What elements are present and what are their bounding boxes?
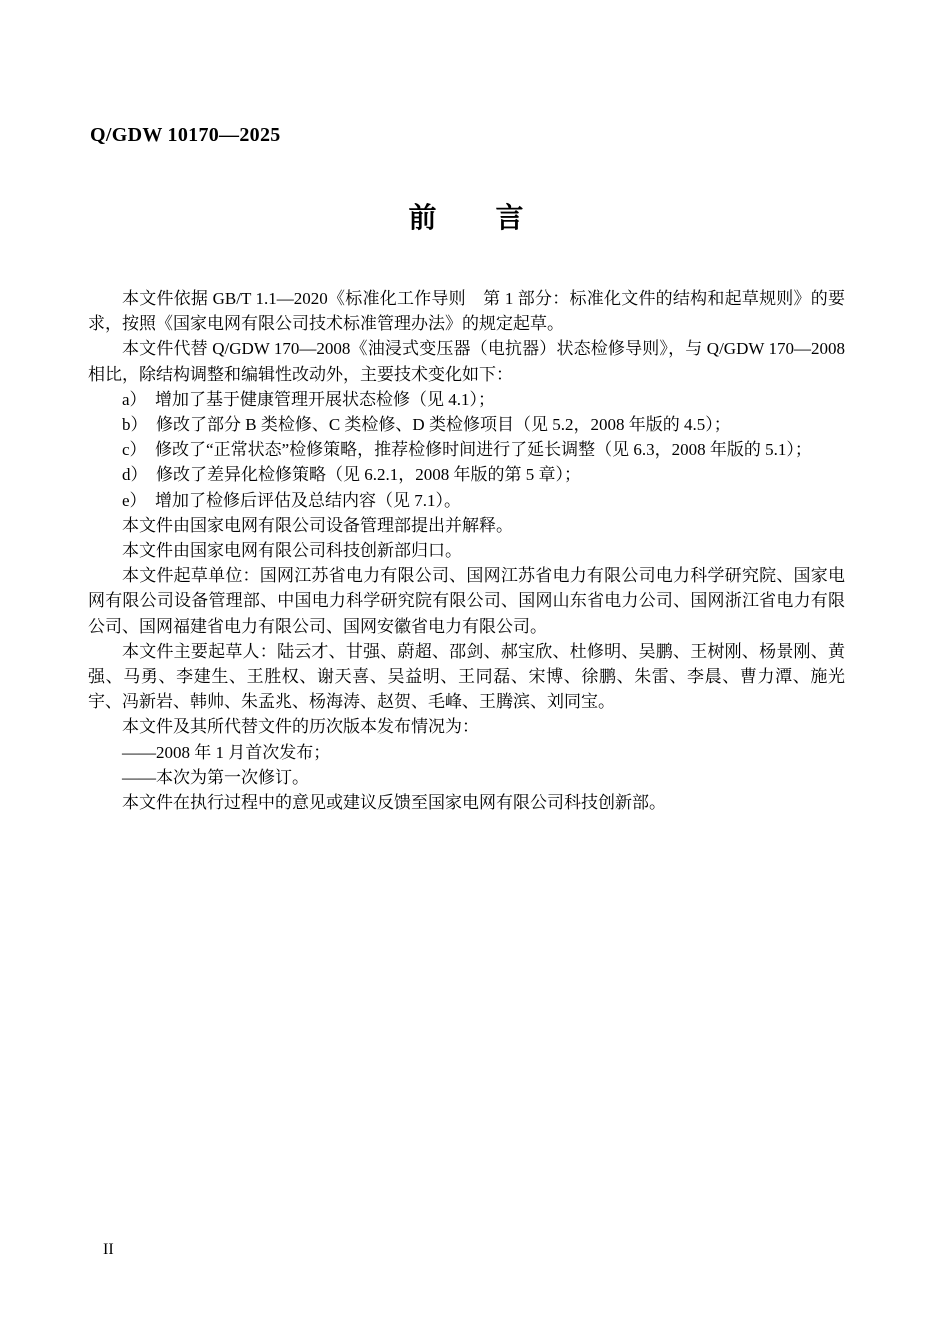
version-history-item-first-revision: ——本次为第一次修订。	[88, 765, 845, 790]
version-history-item-first-release: ——2008 年 1 月首次发布；	[88, 740, 845, 765]
paragraph-basis: 本文件依据 GB/T 1.1—2020《标准化工作导则 第 1 部分：标准化文件…	[88, 286, 845, 336]
page-title: 前 言	[88, 201, 845, 235]
change-item-d: d） 修改了差异化检修策略（见 6.2.1，2008 年版的第 5 章）；	[88, 462, 845, 487]
change-item-e: e） 增加了检修后评估及总结内容（见 7.1）。	[88, 488, 845, 513]
change-item-c: c） 修改了“正常状态”检修策略，推荐检修时间进行了延长调整（见 6.3，200…	[88, 437, 845, 462]
paragraph-drafting-organizations: 本文件起草单位：国网江苏省电力有限公司、国网江苏省电力有限公司电力科学研究院、国…	[88, 563, 845, 639]
paragraph-version-history-intro: 本文件及其所代替文件的历次版本发布情况为：	[88, 714, 845, 739]
document-code: Q/GDW 10170—2025	[90, 124, 281, 147]
paragraph-replacement: 本文件代替 Q/GDW 170—2008《油浸式变压器（电抗器）状态检修导则》，…	[88, 336, 845, 386]
paragraph-drafters: 本文件主要起草人：陆云才、甘强、蔚超、邵剑、郝宝欣、杜修明、吴鹏、王树刚、杨景刚…	[88, 639, 845, 715]
change-item-b: b） 修改了部分 B 类检修、C 类检修、D 类检修项目（见 5.2，2008 …	[88, 412, 845, 437]
document-body: 本文件依据 GB/T 1.1—2020《标准化工作导则 第 1 部分：标准化文件…	[88, 286, 845, 815]
paragraph-feedback: 本文件在执行过程中的意见或建议反馈至国家电网有限公司科技创新部。	[88, 790, 845, 815]
change-item-a: a） 增加了基于健康管理开展状态检修（见 4.1）；	[88, 387, 845, 412]
page-number: II	[103, 1240, 114, 1260]
document-page: { "page": { "header_code": "Q/GDW 10170—…	[0, 0, 950, 1344]
paragraph-centralized-by: 本文件由国家电网有限公司科技创新部归口。	[88, 538, 845, 563]
paragraph-proposed-by: 本文件由国家电网有限公司设备管理部提出并解释。	[88, 513, 845, 538]
page-sheet: Q/GDW 10170—2025 前 言 本文件依据 GB/T 1.1—2020…	[0, 0, 950, 1344]
